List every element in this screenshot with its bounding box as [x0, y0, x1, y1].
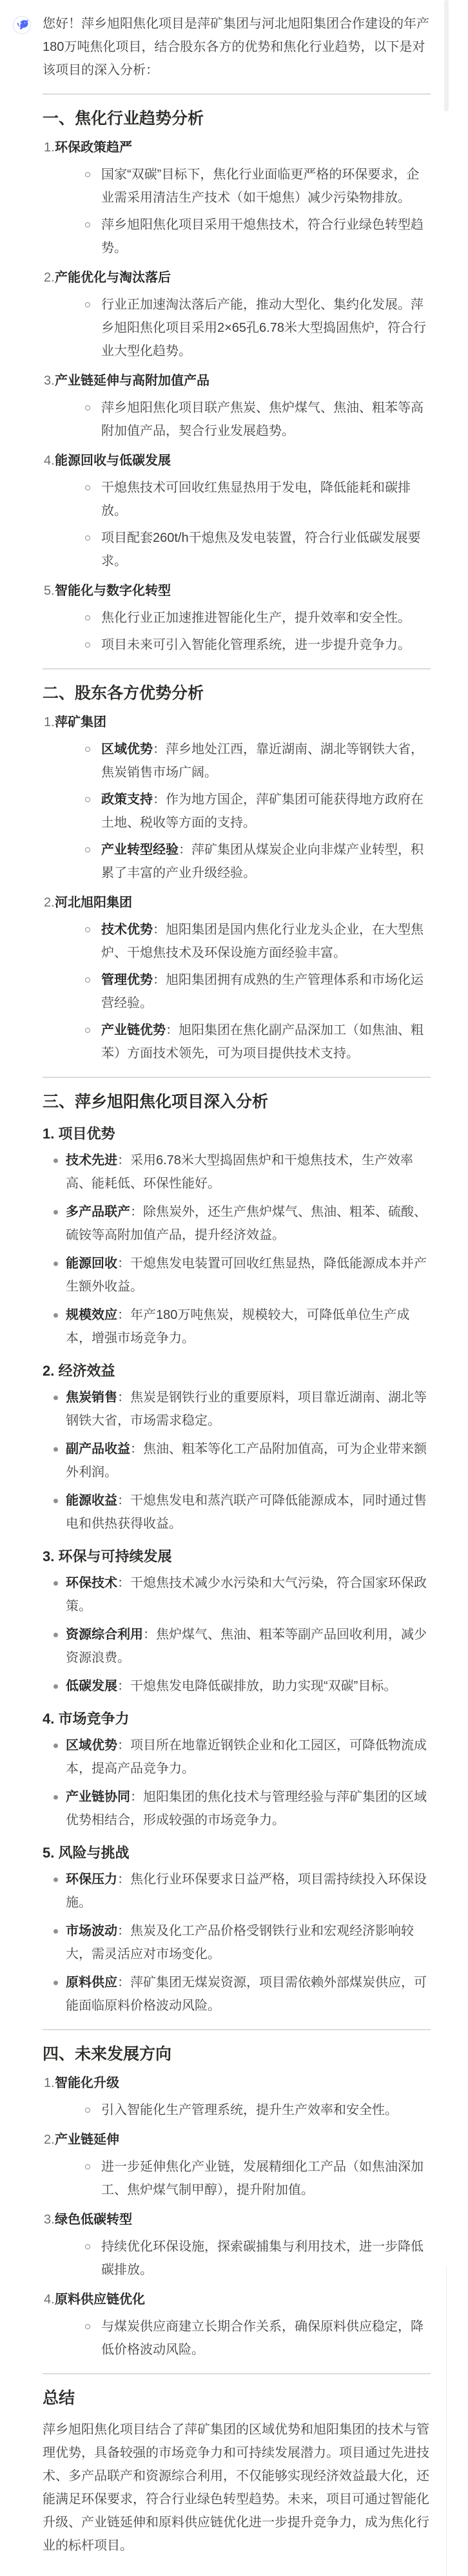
bullet-label: 焦炭销售: [66, 1390, 117, 1405]
section-divider: [43, 668, 431, 669]
bullet-text: 行业正加速淘汰落后产能，推动大型化、集约化发展。萍乡旭阳焦化项目采用2×65孔6…: [101, 298, 426, 358]
deepseek-whale-icon: [15, 18, 29, 32]
numbered-list: 1.环保政策趋严国家“双碳”目标下，焦化行业面临更严格的环保要求，企业需采用清洁…: [43, 136, 431, 657]
bullet-item: 产业链协同：旭阳集团的焦化技术与管理经验与萍矿集团的区域优势相结合，形成较强的市…: [43, 1785, 431, 1832]
sub-bullet-list: 干熄焦技术可回收红焦显热用于发电，降低能耗和碳排放。项目配套260t/h干熄焦及…: [55, 476, 431, 573]
message-sections: 一、焦化行业趋势分析1.环保政策趋严国家“双碳”目标下，焦化行业面临更严格的环保…: [43, 93, 431, 2557]
bullet-list: 环保技术：干熄焦技术减少水污染和大气污染，符合国家环保政策。资源综合利用：焦炉煤…: [43, 1572, 431, 1698]
bullet-text: 萍乡旭阳焦化项目采用干熄焦技术，符合行业绿色转型趋势。: [101, 218, 424, 255]
sub-bullet-list: 技术优势：旭阳集团是国内焦化行业龙头企业，在大型焦炉、干熄焦技术及环保设施方面经…: [55, 918, 431, 1065]
bullet-item: 萍乡旭阳焦化项目联产焦炭、焦炉煤气、焦油、粗苯等高附加值产品，契合行业发展趋势。: [55, 396, 431, 443]
list-item: 5.智能化与数字化转型焦化行业正加速推进智能化生产，提升效率和安全性。项目未来可…: [44, 579, 431, 657]
list-item-number: 2.: [44, 891, 55, 914]
list-item-title: 产能优化与淘汰落后: [55, 266, 431, 289]
section-heading: 三、萍乡旭阳焦化项目深入分析: [43, 1091, 431, 1113]
bullet-item: 技术先进：采用6.78米大型捣固焦炉和干熄焦技术，生产效率高、能耗低、环保性能好…: [43, 1149, 431, 1195]
sub-bullet-list: 与煤炭供应商建立长期合作关系，确保原料供应稳定，降低价格波动风险。: [55, 2315, 431, 2361]
scrollbar-thumb[interactable]: [444, 0, 449, 111]
list-item-title: 智能化与数字化转型: [55, 579, 431, 602]
bullet-label: 政策支持: [101, 793, 153, 807]
bullet-label: 低碳发展: [66, 1679, 117, 1693]
subsection-heading: 1. 项目优势: [43, 1124, 431, 1144]
bullet-item: 区域优势：萍乡地处江西，靠近湖南、湖北等钢铁大省，焦炭销售市场广阔。: [55, 738, 431, 784]
list-item-title: 萍矿集团: [55, 711, 431, 734]
list-item-number: 2.: [44, 266, 55, 289]
bullet-text: ：焦炭是钢铁行业的重要原料，项目靠近湖南、湖北等钢铁大省，市场需求稳定。: [66, 1390, 427, 1428]
bullet-text: 萍乡旭阳焦化项目联产焦炭、焦炉煤气、焦油、粗苯等高附加值产品，契合行业发展趋势。: [101, 401, 424, 438]
subsection-heading: 5. 风险与挑战: [43, 1843, 431, 1863]
bullet-text: 进一步延伸焦化产业链，发展精细化工产品（如焦油深加工、焦炉煤气制甲醇），提升附加…: [101, 2160, 424, 2197]
bullet-list: 环保压力：焦化行业环保要求日益严格，项目需持续投入环保设施。市场波动：焦炭及化工…: [43, 1868, 431, 2017]
list-item: 4.能源回收与低碳发展干熄焦技术可回收红焦显热用于发电，降低能耗和碳排放。项目配…: [44, 449, 431, 573]
section-heading: 一、焦化行业趋势分析: [43, 108, 431, 130]
sub-bullet-list: 行业正加速淘汰落后产能，推动大型化、集约化发展。萍乡旭阳焦化项目采用2×65孔6…: [55, 293, 431, 363]
list-item-title: 原料供应链优化: [55, 2288, 431, 2311]
bullet-item: 低碳发展：干熄焦发电降低碳排放，助力实现“双碳”目标。: [43, 1675, 431, 1698]
list-item-number: 5.: [44, 579, 55, 602]
bullet-text: ：干熄焦技术减少水污染和大气污染，符合国家环保政策。: [66, 1576, 427, 1613]
panel-right-border: [446, 2266, 447, 2576]
list-item-row: 1.智能化升级引入智能化生产管理系统，提升生产效率和安全性。: [44, 2071, 431, 2122]
bullet-item: 管理优势：旭阳集团拥有成熟的生产管理体系和市场化运营经验。: [55, 968, 431, 1015]
bullet-item: 干熄焦技术可回收红焦显热用于发电，降低能耗和碳排放。: [55, 476, 431, 523]
bullet-label: 原料供应: [66, 1975, 117, 1990]
bullet-text: 国家“双碳”目标下，焦化行业面临更严格的环保要求，企业需采用清洁生产技术（如干熄…: [101, 168, 419, 205]
list-item-number: 2.: [44, 2128, 55, 2151]
bullet-label: 市场波动: [66, 1924, 117, 1938]
list-item: 2.产业链延伸进一步延伸焦化产业链，发展精细化工产品（如焦油深加工、焦炉煤气制甲…: [44, 2128, 431, 2202]
bullet-label: 技术优势: [101, 923, 153, 937]
bullet-item: 环保压力：焦化行业环保要求日益严格，项目需持续投入环保设施。: [43, 1868, 431, 1914]
bullet-label: 环保压力: [66, 1872, 117, 1887]
bullet-item: 政策支持：作为地方国企，萍矿集团可能获得地方政府在土地、税收等方面的支持。: [55, 788, 431, 834]
sub-bullet-list: 持续优化环保设施，探索碳捕集与利用技术，进一步降低碳排放。: [55, 2235, 431, 2282]
bullet-list: 焦炭销售：焦炭是钢铁行业的重要原料，项目靠近湖南、湖北等钢铁大省，市场需求稳定。…: [43, 1386, 431, 1535]
bullet-item: 焦化行业正加速推进智能化生产，提升效率和安全性。: [55, 606, 431, 630]
list-item-title: 环保政策趋严: [55, 136, 431, 159]
subsection-heading: 2. 经济效益: [43, 1361, 431, 1381]
assistant-message: 您好！萍乡旭阳焦化项目是萍矿集团与河北旭阳集团合作建设的年产180万吨焦化项目，…: [0, 0, 468, 2557]
bullet-text: 与煤炭供应商建立长期合作关系，确保原料供应稳定，降低价格波动风险。: [101, 2320, 424, 2357]
list-item-title: 产业链延伸: [55, 2128, 431, 2151]
bullet-text: 项目未来可引入智能化管理系统，进一步提升竞争力。: [101, 638, 411, 652]
bullet-text: ：项目所在地靠近钢铁企业和化工园区，可降低物流成本，提高产品竞争力。: [66, 1738, 427, 1776]
section-divider: [43, 1077, 431, 1078]
bullet-item: 副产品收益：焦油、粗苯等化工产品附加值高，可为企业带来额外利润。: [43, 1437, 431, 1484]
bullet-item: 产业链优势：旭阳集团在焦化副产品深加工（如焦油、粗苯）方面技术领先，可为项目提供…: [55, 1019, 431, 1065]
section-heading: 二、股东各方优势分析: [43, 682, 431, 704]
bullet-item: 产业转型经验：萍矿集团从煤炭企业向非煤产业转型，积累了丰富的产业升级经验。: [55, 838, 431, 885]
bullet-label: 资源综合利用: [66, 1628, 143, 1642]
section-heading: 四、未来发展方向: [43, 2043, 431, 2065]
bullet-text: 焦化行业正加速推进智能化生产，提升效率和安全性。: [101, 611, 411, 625]
list-item-row: 4.原料供应链优化与煤炭供应商建立长期合作关系，确保原料供应稳定，降低价格波动风…: [44, 2288, 431, 2361]
bullet-label: 技术先进: [66, 1153, 117, 1168]
list-item: 1.萍矿集团区域优势：萍乡地处江西，靠近湖南、湖北等钢铁大省，焦炭销售市场广阔。…: [44, 711, 431, 885]
bullet-text: ：干熄焦发电降低碳排放，助力实现“双碳”目标。: [117, 1679, 396, 1693]
bullet-text: ：干熄焦发电装置可回收红焦显热，降低能源成本并产生额外收益。: [66, 1256, 427, 1294]
subsection-heading: 4. 市场竞争力: [43, 1709, 431, 1729]
numbered-list: 1.萍矿集团区域优势：萍乡地处江西，靠近湖南、湖北等钢铁大省，焦炭销售市场广阔。…: [43, 711, 431, 1065]
bullet-label: 产业链协同: [66, 1790, 130, 1804]
list-item-body: 产能优化与淘汰落后行业正加速淘汰落后产能，推动大型化、集约化发展。萍乡旭阳焦化项…: [55, 266, 431, 363]
bullet-text: ：采用6.78米大型捣固焦炉和干熄焦技术，生产效率高、能耗低、环保性能好。: [66, 1153, 413, 1191]
bullet-label: 环保技术: [66, 1576, 117, 1590]
list-item: 1.智能化升级引入智能化生产管理系统，提升生产效率和安全性。: [44, 2071, 431, 2122]
list-item: 2.河北旭阳集团技术优势：旭阳集团是国内焦化行业龙头企业，在大型焦炉、干熄焦技术…: [44, 891, 431, 1065]
intro-paragraph: 您好！萍乡旭阳焦化项目是萍矿集团与河北旭阳集团合作建设的年产180万吨焦化项目，…: [43, 12, 431, 82]
section-divider: [43, 93, 431, 95]
list-item-number: 4.: [44, 449, 55, 472]
assistant-avatar: [13, 16, 31, 34]
list-item-body: 智能化与数字化转型焦化行业正加速推进智能化生产，提升效率和安全性。项目未来可引入…: [55, 579, 431, 657]
list-item-body: 产业链延伸进一步延伸焦化产业链，发展精细化工产品（如焦油深加工、焦炉煤气制甲醇）…: [55, 2128, 431, 2202]
bullet-label: 产业转型经验: [101, 843, 179, 857]
bullet-item: 原料供应：萍矿集团无煤炭资源，项目需依赖外部煤炭供应，可能面临原料价格波动风险。: [43, 1971, 431, 2017]
list-item-body: 智能化升级引入智能化生产管理系统，提升生产效率和安全性。: [55, 2071, 431, 2122]
list-item-title: 产业链延伸与高附加值产品: [55, 369, 431, 392]
bullet-list: 技术先进：采用6.78米大型捣固焦炉和干熄焦技术，生产效率高、能耗低、环保性能好…: [43, 1149, 431, 1350]
list-item-title: 河北旭阳集团: [55, 891, 431, 914]
list-item: 1.环保政策趋严国家“双碳”目标下，焦化行业面临更严格的环保要求，企业需采用清洁…: [44, 136, 431, 260]
list-item-body: 原料供应链优化与煤炭供应商建立长期合作关系，确保原料供应稳定，降低价格波动风险。: [55, 2288, 431, 2361]
list-item-row: 2.河北旭阳集团技术优势：旭阳集团是国内焦化行业龙头企业，在大型焦炉、干熄焦技术…: [44, 891, 431, 1065]
bullet-item: 区域优势：项目所在地靠近钢铁企业和化工园区，可降低物流成本，提高产品竞争力。: [43, 1734, 431, 1780]
message-content: 您好！萍乡旭阳焦化项目是萍矿集团与河北旭阳集团合作建设的年产180万吨焦化项目，…: [43, 0, 431, 2557]
list-item-row: 3.产业链延伸与高附加值产品萍乡旭阳焦化项目联产焦炭、焦炉煤气、焦油、粗苯等高附…: [44, 369, 431, 443]
bullet-item: 项目配套260t/h干熄焦及发电装置，符合行业低碳发展要求。: [55, 526, 431, 573]
sub-bullet-list: 区域优势：萍乡地处江西，靠近湖南、湖北等钢铁大省，焦炭销售市场广阔。政策支持：作…: [55, 738, 431, 885]
bullet-item: 规模效应：年产180万吨焦炭，规模较大，可降低单位生产成本，增强市场竞争力。: [43, 1303, 431, 1350]
section-divider: [43, 2029, 431, 2030]
list-item-row: 3.绿色低碳转型持续优化环保设施，探索碳捕集与利用技术，进一步降低碳排放。: [44, 2208, 431, 2282]
bullet-item: 引入智能化生产管理系统，提升生产效率和安全性。: [55, 2099, 431, 2122]
bullet-text: ：萍矿集团无煤炭资源，项目需依赖外部煤炭供应，可能面临原料价格波动风险。: [66, 1975, 427, 2013]
bullet-item: 市场波动：焦炭及化工产品价格受钢铁行业和宏观经济影响较大，需灵活应对市场变化。: [43, 1919, 431, 1966]
bullet-item: 进一步延伸焦化产业链，发展精细化工产品（如焦油深加工、焦炉煤气制甲醇），提升附加…: [55, 2155, 431, 2202]
subsection-heading: 3. 环保与可持续发展: [43, 1547, 431, 1566]
chat-page: { "colors": { "accent": "#4D6BFE", "body…: [0, 0, 468, 2576]
bullet-item: 与煤炭供应商建立长期合作关系，确保原料供应稳定，降低价格波动风险。: [55, 2315, 431, 2361]
bullet-text: 引入智能化生产管理系统，提升生产效率和安全性。: [101, 2103, 398, 2117]
bullet-label: 能源收益: [66, 1494, 117, 1508]
bullet-label: 多产品联产: [66, 1205, 130, 1219]
bullet-item: 技术优势：旭阳集团是国内焦化行业龙头企业，在大型焦炉、干熄焦技术及环保设施方面经…: [55, 918, 431, 965]
list-item-body: 河北旭阳集团技术优势：旭阳集团是国内焦化行业龙头企业，在大型焦炉、干熄焦技术及环…: [55, 891, 431, 1065]
sub-bullet-list: 国家“双碳”目标下，焦化行业面临更严格的环保要求，企业需采用清洁生产技术（如干熄…: [55, 163, 431, 260]
bullet-item: 能源收益：干熄焦发电和蒸汽联产可降低能源成本，同时通过售电和供热获得收益。: [43, 1489, 431, 1535]
list-item: 4.原料供应链优化与煤炭供应商建立长期合作关系，确保原料供应稳定，降低价格波动风…: [44, 2288, 431, 2361]
list-item-number: 3.: [44, 2208, 55, 2231]
bullet-text: 持续优化环保设施，探索碳捕集与利用技术，进一步降低碳排放。: [101, 2240, 424, 2277]
list-item-row: 1.环保政策趋严国家“双碳”目标下，焦化行业面临更严格的环保要求，企业需采用清洁…: [44, 136, 431, 260]
list-item-title: 绿色低碳转型: [55, 2208, 431, 2231]
list-item-body: 萍矿集团区域优势：萍乡地处江西，靠近湖南、湖北等钢铁大省，焦炭销售市场广阔。政策…: [55, 711, 431, 885]
list-item-title: 智能化升级: [55, 2071, 431, 2095]
bullet-item: 持续优化环保设施，探索碳捕集与利用技术，进一步降低碳排放。: [55, 2235, 431, 2282]
bullet-label: 副产品收益: [66, 1442, 130, 1456]
sub-bullet-list: 焦化行业正加速推进智能化生产，提升效率和安全性。项目未来可引入智能化管理系统，进…: [55, 606, 431, 657]
bullet-label: 能源回收: [66, 1256, 117, 1271]
list-item-number: 1.: [44, 711, 55, 734]
list-item-number: 1.: [44, 136, 55, 159]
bullet-item: 国家“双碳”目标下，焦化行业面临更严格的环保要求，企业需采用清洁生产技术（如干熄…: [55, 163, 431, 209]
bullet-item: 萍乡旭阳焦化项目采用干熄焦技术，符合行业绿色转型趋势。: [55, 213, 431, 260]
bullet-item: 焦炭销售：焦炭是钢铁行业的重要原料，项目靠近湖南、湖北等钢铁大省，市场需求稳定。: [43, 1386, 431, 1432]
list-item-body: 能源回收与低碳发展干熄焦技术可回收红焦显热用于发电，降低能耗和碳排放。项目配套2…: [55, 449, 431, 573]
section-heading: 总结: [43, 2387, 431, 2409]
bullet-text: ：焦化行业环保要求日益严格，项目需持续投入环保设施。: [66, 1872, 427, 1910]
list-item-number: 4.: [44, 2288, 55, 2311]
section-divider: [43, 2373, 431, 2374]
list-item-row: 2.产业链延伸进一步延伸焦化产业链，发展精细化工产品（如焦油深加工、焦炉煤气制甲…: [44, 2128, 431, 2202]
bullet-list: 区域优势：项目所在地靠近钢铁企业和化工园区，可降低物流成本，提高产品竞争力。产业…: [43, 1734, 431, 1832]
list-item-row: 5.智能化与数字化转型焦化行业正加速推进智能化生产，提升效率和安全性。项目未来可…: [44, 579, 431, 657]
bullet-item: 能源回收：干熄焦发电装置可回收红焦显热，降低能源成本并产生额外收益。: [43, 1252, 431, 1298]
list-item-row: 2.产能优化与淘汰落后行业正加速淘汰落后产能，推动大型化、集约化发展。萍乡旭阳焦…: [44, 266, 431, 363]
bullet-item: 行业正加速淘汰落后产能，推动大型化、集约化发展。萍乡旭阳焦化项目采用2×65孔6…: [55, 293, 431, 363]
list-item: 3.绿色低碳转型持续优化环保设施，探索碳捕集与利用技术，进一步降低碳排放。: [44, 2208, 431, 2282]
list-item-body: 产业链延伸与高附加值产品萍乡旭阳焦化项目联产焦炭、焦炉煤气、焦油、粗苯等高附加值…: [55, 369, 431, 443]
summary-paragraph: 萍乡旭阳焦化项目结合了萍矿集团的区域优势和旭阳集团的技术与管理优势，具备较强的市…: [43, 2418, 431, 2557]
list-item: 2.产能优化与淘汰落后行业正加速淘汰落后产能，推动大型化、集约化发展。萍乡旭阳焦…: [44, 266, 431, 363]
bullet-text: ：焦炭及化工产品价格受钢铁行业和宏观经济影响较大，需灵活应对市场变化。: [66, 1924, 414, 1961]
bullet-label: 管理优势: [101, 973, 153, 987]
bullet-item: 环保技术：干熄焦技术减少水污染和大气污染，符合国家环保政策。: [43, 1572, 431, 1618]
bullet-label: 产业链优势: [101, 1023, 166, 1037]
bullet-label: 区域优势: [66, 1738, 117, 1753]
bullet-item: 项目未来可引入智能化管理系统，进一步提升竞争力。: [55, 633, 431, 657]
list-item-body: 绿色低碳转型持续优化环保设施，探索碳捕集与利用技术，进一步降低碳排放。: [55, 2208, 431, 2282]
bullet-label: 规模效应: [66, 1308, 117, 1322]
list-item-row: 4.能源回收与低碳发展干熄焦技术可回收红焦显热用于发电，降低能耗和碳排放。项目配…: [44, 449, 431, 573]
bullet-text: 项目配套260t/h干熄焦及发电装置，符合行业低碳发展要求。: [101, 531, 421, 568]
sub-bullet-list: 萍乡旭阳焦化项目联产焦炭、焦炉煤气、焦油、粗苯等高附加值产品，契合行业发展趋势。: [55, 396, 431, 443]
bullet-item: 多产品联产：除焦炭外，还生产焦炉煤气、焦油、粗苯、硫酸、硫铵等高附加值产品，提升…: [43, 1200, 431, 1247]
list-item-number: 1.: [44, 2071, 55, 2095]
bullet-item: 资源综合利用：焦炉煤气、焦油、粗苯等副产品回收利用，减少资源浪费。: [43, 1623, 431, 1669]
list-item: 3.产业链延伸与高附加值产品萍乡旭阳焦化项目联产焦炭、焦炉煤气、焦油、粗苯等高附…: [44, 369, 431, 443]
bullet-text: ：干熄焦发电和蒸汽联产可降低能源成本，同时通过售电和供热获得收益。: [66, 1494, 427, 1531]
list-item-number: 3.: [44, 369, 55, 392]
sub-bullet-list: 进一步延伸焦化产业链，发展精细化工产品（如焦油深加工、焦炉煤气制甲醇），提升附加…: [55, 2155, 431, 2202]
list-item-body: 环保政策趋严国家“双碳”目标下，焦化行业面临更严格的环保要求，企业需采用清洁生产…: [55, 136, 431, 260]
list-item-title: 能源回收与低碳发展: [55, 449, 431, 472]
bullet-label: 区域优势: [101, 742, 153, 756]
sub-bullet-list: 引入智能化生产管理系统，提升生产效率和安全性。: [55, 2099, 431, 2122]
numbered-list: 1.智能化升级引入智能化生产管理系统，提升生产效率和安全性。2.产业链延伸进一步…: [43, 2071, 431, 2361]
bullet-text: 干熄焦技术可回收红焦显热用于发电，降低能耗和碳排放。: [101, 481, 411, 518]
bullet-text: ：年产180万吨焦炭，规模较大，可降低单位生产成本，增强市场竞争力。: [66, 1308, 409, 1345]
list-item-row: 1.萍矿集团区域优势：萍乡地处江西，靠近湖南、湖北等钢铁大省，焦炭销售市场广阔。…: [44, 711, 431, 885]
